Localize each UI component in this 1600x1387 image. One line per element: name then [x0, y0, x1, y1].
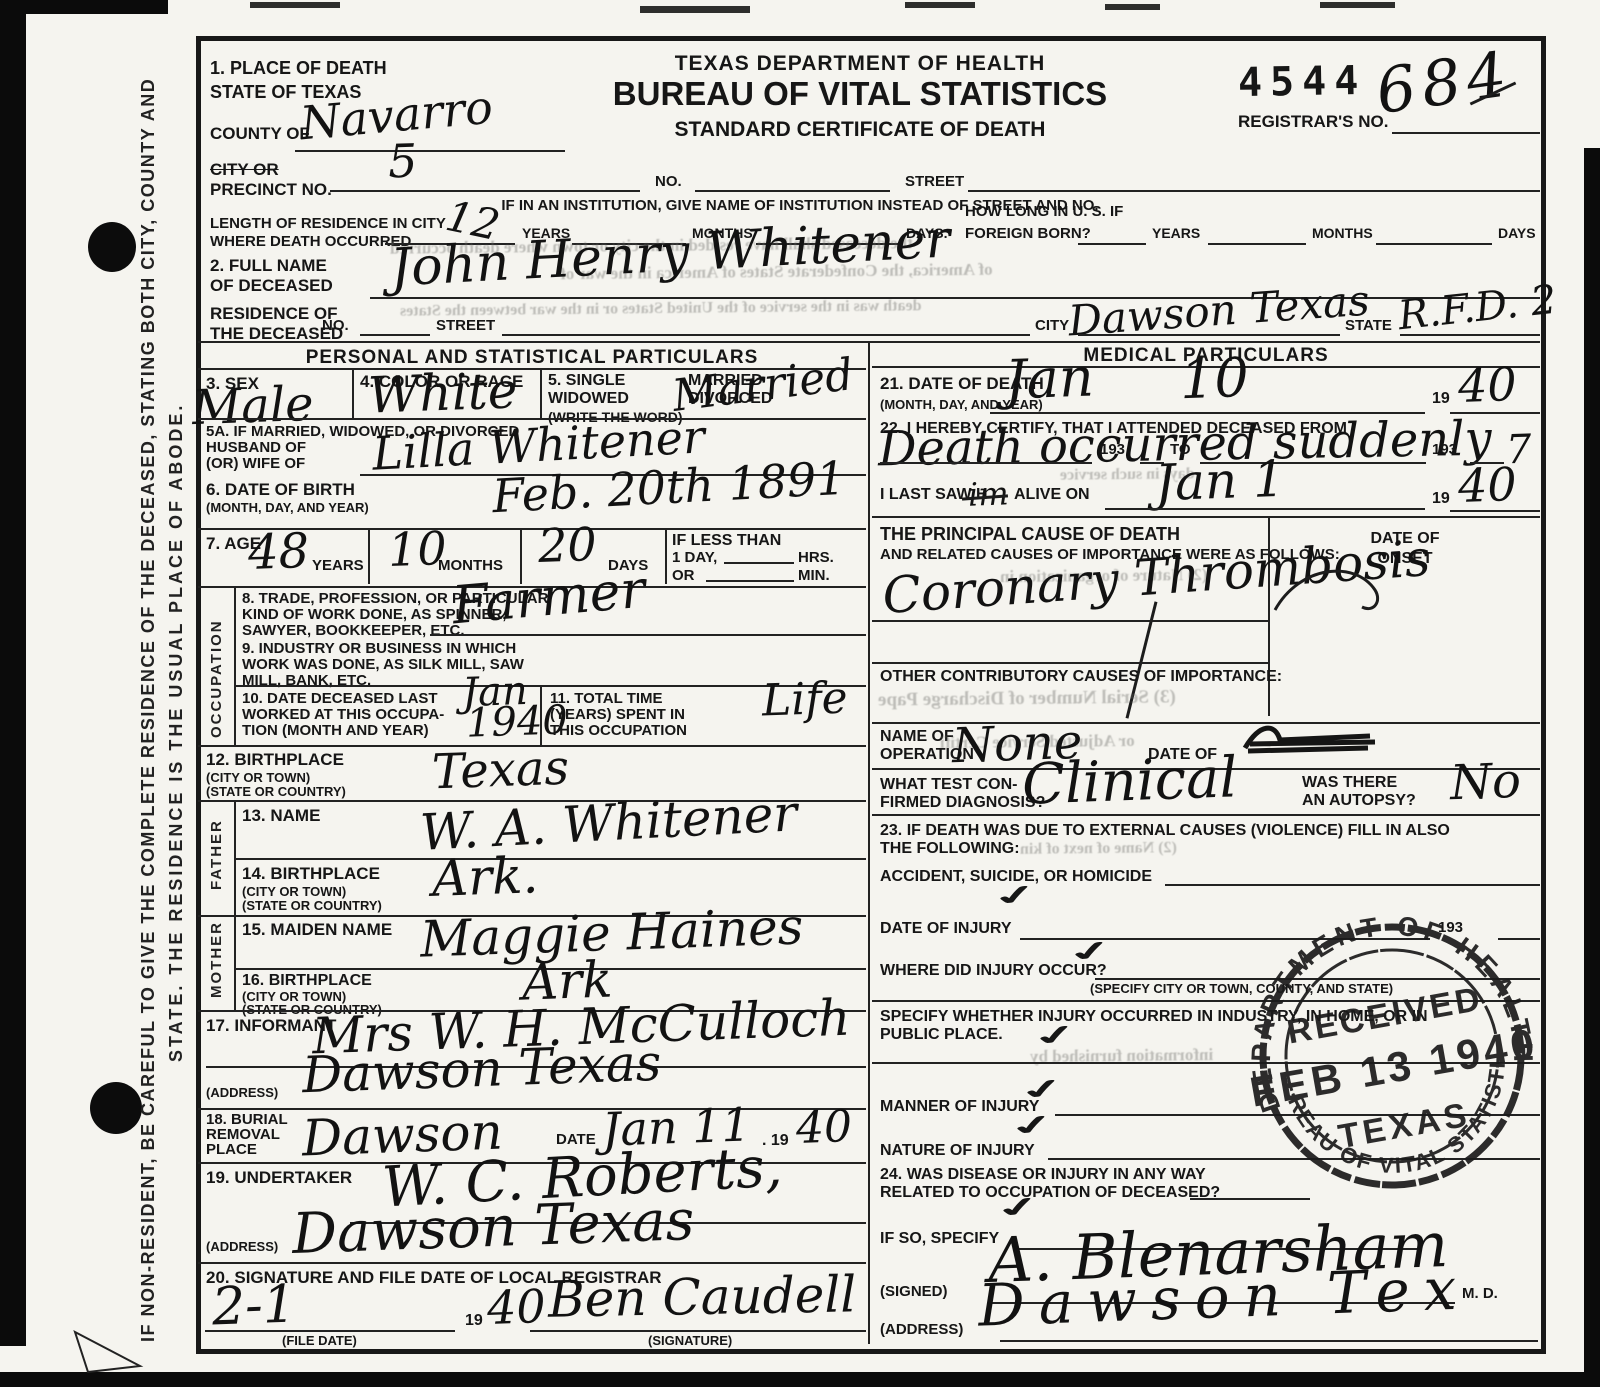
father-vertical-label: FATHER [208, 819, 225, 890]
rule-line [872, 814, 1540, 816]
principal-cause-label1: THE PRINCIPAL CAUSE OF DEATH [880, 524, 1180, 544]
full-name-label1: 2. FULL NAME [210, 256, 327, 275]
age-years-value: 48 [247, 527, 310, 577]
nature-of-injury-label: NATURE OF INJURY [880, 1142, 1035, 1160]
father-birthplace-label3: (STATE OR COUNTRY) [242, 899, 382, 914]
physician-address-label: (ADDRESS) [880, 1322, 963, 1339]
bureau-title: BUREAU OF VITAL STATISTICS [560, 76, 1160, 113]
rule-line [430, 634, 866, 636]
rule-line [234, 858, 866, 860]
cell-divider [368, 528, 370, 584]
file-number-stamped: 4544 [1238, 59, 1367, 106]
rule-line [205, 1330, 455, 1332]
street-label: STREET [905, 174, 964, 191]
rule-line [1000, 1340, 1538, 1342]
contributory-causes-label: OTHER CONTRIBUTORY CAUSES OF IMPORTANCE: [880, 668, 1282, 686]
rule-line [880, 462, 1092, 464]
trade-label3: SAWYER, BOOKKEEPER, ETC. [242, 623, 465, 640]
total-time-label3: THIS OCCUPATION [550, 723, 687, 740]
external-causes-label1: 23. IF DEATH WAS DUE TO EXTERNAL CAUSES … [880, 822, 1450, 840]
no-label: NO. [655, 174, 682, 191]
autopsy-label1: WAS THERE [1302, 774, 1397, 792]
rule-line [198, 1262, 866, 1264]
last-saw-label2: ALIVE ON [1014, 486, 1090, 504]
undertaker-address-label: (ADDRESS) [206, 1240, 278, 1255]
last-worked-label3: TION (MONTH AND YEAR) [242, 723, 429, 740]
married-to-label3: (OR) WIFE OF [206, 456, 305, 473]
mother-birthplace-label1: 16. BIRTHPLACE [242, 972, 372, 990]
birthplace-value: Texas [431, 744, 570, 797]
scanned-death-certificate: { "top": { "place1": "1. PLACE OF DEATH"… [0, 0, 1600, 1387]
how-long-us-label1: HOW LONG IN U. S. IF [965, 204, 1123, 221]
marital-label-2a: WIDOWED [548, 390, 629, 408]
city-or-label: CITY OR [210, 160, 279, 179]
physician-address-value: Dawson Tex [977, 1259, 1471, 1334]
dob-label1: 6. DATE OF BIRTH [206, 480, 355, 499]
if-less-than-label2: 1 DAY, [672, 550, 717, 567]
rule-line [706, 580, 794, 582]
registrar-number-value: 684 [1372, 43, 1516, 123]
pen-scratch [1240, 718, 1380, 763]
test-value: Clinical [1021, 750, 1238, 813]
rule-line [1105, 508, 1425, 510]
year-193-printed2: 193 [1432, 442, 1457, 459]
or-label: OR [672, 568, 695, 585]
last-saw-value: Jan 1 [1154, 454, 1285, 508]
total-time-value: Life [761, 677, 848, 724]
cell-divider [352, 368, 354, 418]
trade-value: Farmer [450, 564, 647, 633]
rule-line [872, 620, 1268, 622]
length-residence-label2: WHERE DEATH OCCURRED [210, 234, 411, 251]
days-label2: DAYS [1498, 226, 1536, 242]
signed-label: (SIGNED) [880, 1284, 948, 1301]
county-label: COUNTY OF [210, 124, 310, 143]
length-residence-label1: LENGTH OF RESIDENCE IN CITY [210, 216, 446, 233]
death-year-value: 40 [1457, 361, 1517, 409]
occupation-bracket-line [234, 586, 236, 745]
months-label2: MONTHS [1312, 226, 1373, 242]
if-less-than-label1: IF LESS THAN [672, 532, 781, 550]
rule-line [330, 190, 640, 192]
mother-vertical-label: MOTHER [208, 921, 225, 998]
mother-bracket-line [234, 915, 236, 1010]
cell-divider [540, 685, 542, 745]
precinct-label: PRECINCT NO. [210, 180, 332, 199]
how-long-us-label2: FOREIGN BORN? [965, 226, 1091, 243]
burial-label3: PLACE [206, 1142, 257, 1159]
margin-note-line2: STATE. THE RESIDENCE IS THE USUAL PLACE … [166, 403, 187, 1062]
scan-noise-dash [1320, 2, 1395, 8]
residence-no-label: NO. [322, 318, 349, 335]
rule-line [1078, 243, 1146, 245]
pen-flourish [1270, 555, 1400, 625]
race-value: White [367, 365, 518, 420]
informant-address-label: (ADDRESS) [206, 1086, 278, 1101]
scan-edge-left [0, 0, 26, 1346]
occupation-vertical-label: OCCUPATION [208, 619, 225, 738]
birthplace-label3: (STATE OR COUNTRY) [206, 785, 346, 800]
scan-noise-dash [250, 2, 340, 8]
rule-line [1078, 334, 1340, 336]
date-of-injury-label: DATE OF INJURY [880, 920, 1012, 938]
residence-city-label: CITY [1035, 318, 1069, 335]
registrar-signature-value: Ben Caudell [548, 1269, 857, 1324]
rule-line [968, 190, 1540, 192]
file-date-value: 2-1 [211, 1279, 297, 1334]
autopsy-value: No [1449, 757, 1522, 807]
death-year-printed: 19 [1432, 390, 1450, 408]
last-saw-year-value: 40 [1457, 461, 1517, 509]
mother-maiden-value: Maggie Haines [419, 901, 804, 964]
mother-maiden-label: 15. MAIDEN NAME [242, 920, 392, 939]
specify-whether-label2: PUBLIC PLACE. [880, 1026, 1003, 1044]
undertaker-label: 19. UNDERTAKER [206, 1168, 352, 1187]
scan-edge-bottom [0, 1372, 1600, 1387]
scan-noise-dash [1105, 4, 1160, 10]
rule-line [872, 662, 1268, 664]
residence-label1: RESIDENCE OF [210, 304, 338, 323]
rule-line [1376, 243, 1492, 245]
rule-line [360, 334, 430, 336]
rule-line [1450, 510, 1540, 512]
min-label: MIN. [798, 568, 830, 585]
rule-line [695, 190, 890, 192]
dept-of-health-title: TEXAS DEPARTMENT OF HEALTH [600, 52, 1120, 76]
rule-line [502, 334, 1030, 336]
external-causes-label2: THE FOLLOWING: [880, 840, 1020, 858]
last-saw-year-printed: 19 [1432, 490, 1450, 508]
column-divider-line [868, 341, 870, 1344]
place-of-death-label: 1. PLACE OF DEATH [210, 58, 387, 78]
received-stamp: DEPARTMENT OF HEALTH BUREAU OF VITAL STA… [1195, 859, 1589, 1253]
industry-label3: MILL, BANK, ETC. [242, 673, 371, 690]
occupation-related-label2: RELATED TO OCCUPATION OF DECEASED? [880, 1184, 1220, 1202]
bleed-through-text: (2) Name of next of kin [1020, 839, 1177, 859]
rule-line [1400, 334, 1540, 336]
file-date-caption: (FILE DATE) [282, 1334, 357, 1349]
date-of-death-day: 10 [1179, 351, 1250, 407]
dob-label2: (MONTH, DAY, AND YEAR) [206, 501, 369, 516]
father-birthplace-label1: 14. BIRTHPLACE [242, 864, 380, 883]
punch-hole-bottom [90, 1082, 142, 1134]
file-year-printed: 19 [465, 1312, 483, 1330]
full-name-label2: OF DECEASED [210, 276, 333, 295]
rule-line [295, 150, 565, 152]
cell-divider [540, 368, 542, 418]
file-year-value: 40 [486, 1283, 546, 1331]
undertaker-address-value: Dawson Texas [291, 1193, 695, 1263]
marital-label-1a: 5. SINGLE [548, 372, 625, 390]
precinct-value: 5 [387, 138, 418, 185]
occupation-related-label1: 24. WAS DISEASE OR INJURY IN ANY WAY [880, 1166, 1206, 1184]
if-so-specify-label: IF SO, SPECIFY [880, 1230, 999, 1248]
rule-line [1208, 243, 1306, 245]
scan-noise-dash [640, 6, 750, 13]
burial-year-value: 40 [795, 1105, 853, 1151]
informant-address-value: Dawson Texas [301, 1038, 662, 1101]
test-label2: FIRMED DIAGNOSIS? [880, 794, 1045, 812]
rule-line [198, 1108, 866, 1110]
registrar-number-label: REGISTRAR'S NO. [1238, 112, 1388, 131]
certificate-title: STANDARD CERTIFICATE OF DEATH [600, 118, 1120, 142]
margin-note-line1: IF NON-RESIDENT, BE CAREFUL TO GIVE THE … [138, 78, 159, 1342]
rule-line [724, 562, 794, 564]
bleed-through-text: (3) Serial Number of Discharge Pape [878, 686, 1176, 711]
test-label1: WHAT TEST CON- [880, 776, 1017, 794]
rule-line [872, 516, 1540, 518]
rule-line [530, 1330, 866, 1332]
year-193-printed: 193 [1100, 442, 1125, 459]
date-of-death-month: Jan [1004, 350, 1094, 407]
years-label2: YEARS [1152, 226, 1200, 242]
scan-edge-top-corner [0, 0, 168, 14]
age-years-label: YEARS [312, 558, 364, 575]
father-name-label: 13. NAME [242, 806, 320, 825]
residence-state-label: STATE [1345, 318, 1392, 335]
father-birthplace-value: Ark. [431, 850, 539, 904]
hrs-label: HRS. [798, 550, 834, 567]
rule-line [1392, 132, 1540, 134]
signature-caption: (SIGNATURE) [648, 1334, 732, 1349]
punch-hole-top [88, 222, 136, 272]
cell-divider [665, 528, 667, 584]
autopsy-label2: AN AUTOPSY? [1302, 792, 1416, 810]
scan-noise-dash [905, 2, 975, 8]
age-days-value: 20 [537, 521, 597, 569]
residence-street-label: STREET [436, 318, 495, 335]
birthplace-label1: 12. BIRTHPLACE [206, 750, 344, 769]
